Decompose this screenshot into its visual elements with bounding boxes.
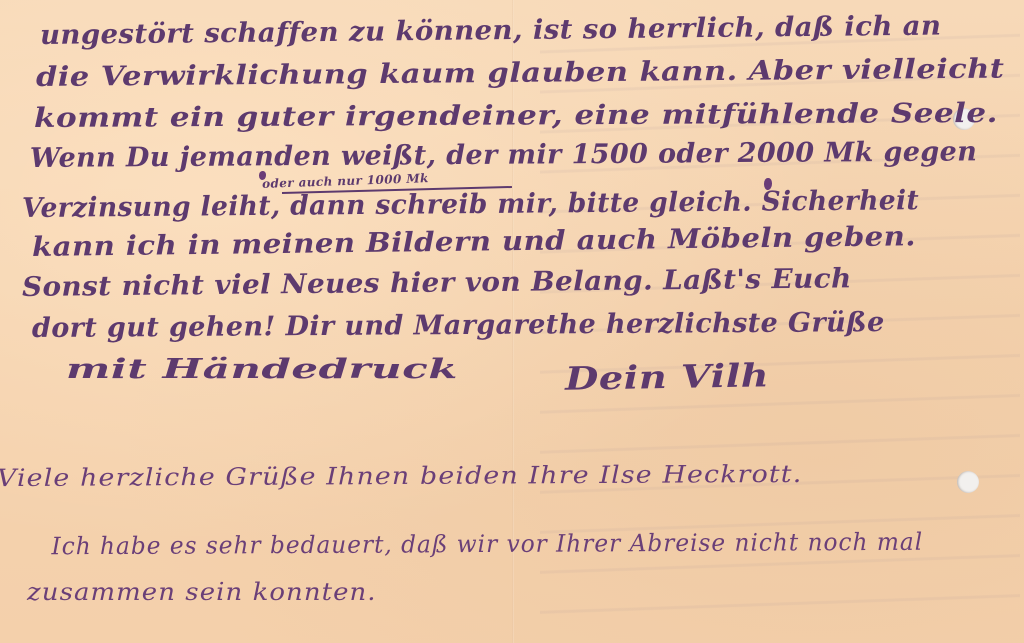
letter-line-6: kann ich in meinen Bildern und auch Möbe… xyxy=(32,221,916,263)
punch-hole-bottom xyxy=(957,471,979,493)
letter-line-3: kommt ein guter irgendeiner, eine mitfüh… xyxy=(34,98,998,134)
letter-line-2: die Verwirklichung kaum glauben kann. Ab… xyxy=(36,54,1005,93)
letter-line-7: Sonst nicht viel Neues hier von Belang. … xyxy=(22,263,852,303)
postscript-line-3: zusammen sein konnten. xyxy=(27,578,377,606)
letter-signature: Dein Vilh xyxy=(565,356,770,398)
postscript-line-2: Ich habe es sehr bedauert, daß wir vor I… xyxy=(51,528,923,561)
letter-closing: mit Händedruck xyxy=(66,354,458,385)
letter-page: ungestört schaffen zu können, ist so her… xyxy=(0,0,1024,643)
letter-line-5: Verzinsung leiht, dann schreib mir, bitt… xyxy=(22,185,919,224)
postscript-line-1: Viele herzliche Grüße Ihnen beiden Ihre … xyxy=(0,460,802,492)
letter-line-1: ungestört schaffen zu können, ist so her… xyxy=(40,11,942,51)
letter-line-4: Wenn Du jemanden weißt, der mir 1500 ode… xyxy=(30,136,977,174)
letter-line-8: dort gut gehen! Dir und Margarethe herzl… xyxy=(32,307,885,344)
